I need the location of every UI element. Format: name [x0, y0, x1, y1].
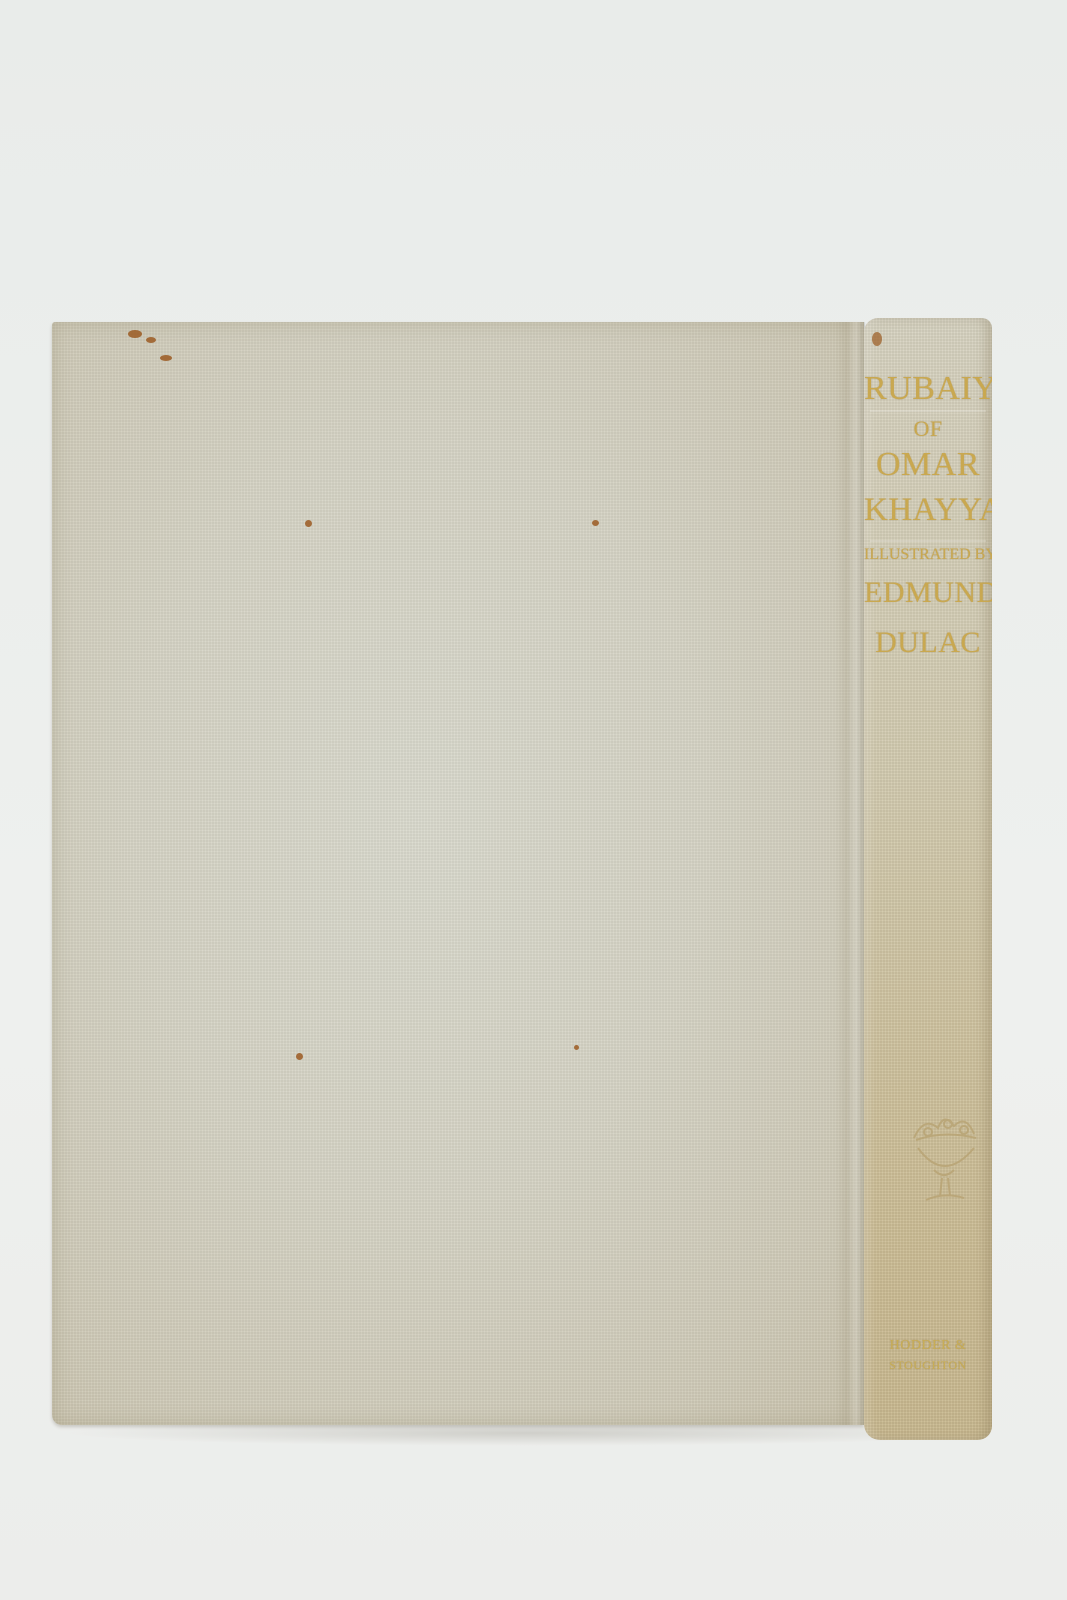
foxing-spot	[574, 1045, 579, 1050]
foxing-spot	[305, 520, 312, 527]
foxing-spot	[146, 337, 156, 343]
spine-author-first: EDMUND	[864, 576, 992, 610]
spine-band	[870, 410, 986, 412]
spine: RUBAIYAT OF OMAR KHAYYAM ILLUSTRATED BY …	[864, 318, 992, 1440]
spine-title-rubaiyat: RUBAIYAT	[864, 370, 992, 408]
spine-author-last: DULAC	[864, 626, 992, 660]
spine-title-omar: OMAR	[864, 446, 992, 484]
spine-title-of: OF	[864, 416, 992, 442]
book-photo: RUBAIYAT OF OMAR KHAYYAM ILLUSTRATED BY …	[0, 0, 1067, 1600]
spine-credit: ILLUSTRATED BY	[864, 546, 992, 564]
foxing-spot	[160, 355, 172, 361]
spine-publisher-line1: HODDER &	[864, 1338, 992, 1354]
spine-band	[870, 540, 986, 542]
foxing-spot	[592, 520, 599, 526]
spine-publisher-line2: STOUGHTON	[864, 1358, 992, 1373]
board-hinge	[835, 322, 865, 1425]
spine-title-khayyam: KHAYYAM	[864, 492, 992, 529]
foxing-spot	[296, 1053, 303, 1060]
foxing-spot	[872, 332, 882, 346]
urn-of-flowers-icon	[904, 1108, 984, 1218]
front-board	[52, 322, 864, 1425]
foxing-spot	[128, 330, 142, 338]
